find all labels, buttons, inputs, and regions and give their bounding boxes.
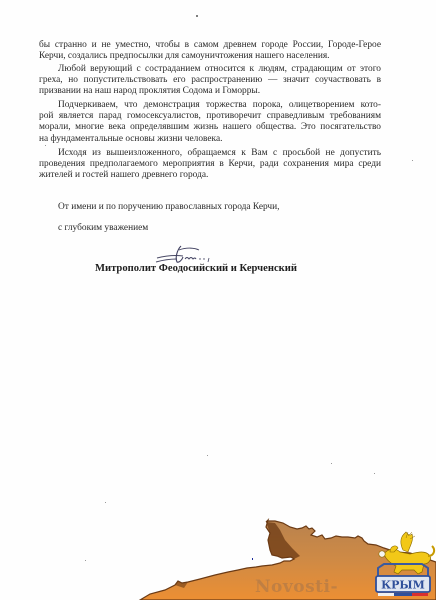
krym-griffin-logo: КРЫМ xyxy=(370,530,436,600)
scanned-letter-page: бы странно и не уместно, чтобы в самом д… xyxy=(0,0,436,600)
burned-edge-decoration xyxy=(0,0,436,600)
logo-label: КРЫМ xyxy=(381,579,425,592)
watermark-text: Novosti- xyxy=(255,577,338,597)
